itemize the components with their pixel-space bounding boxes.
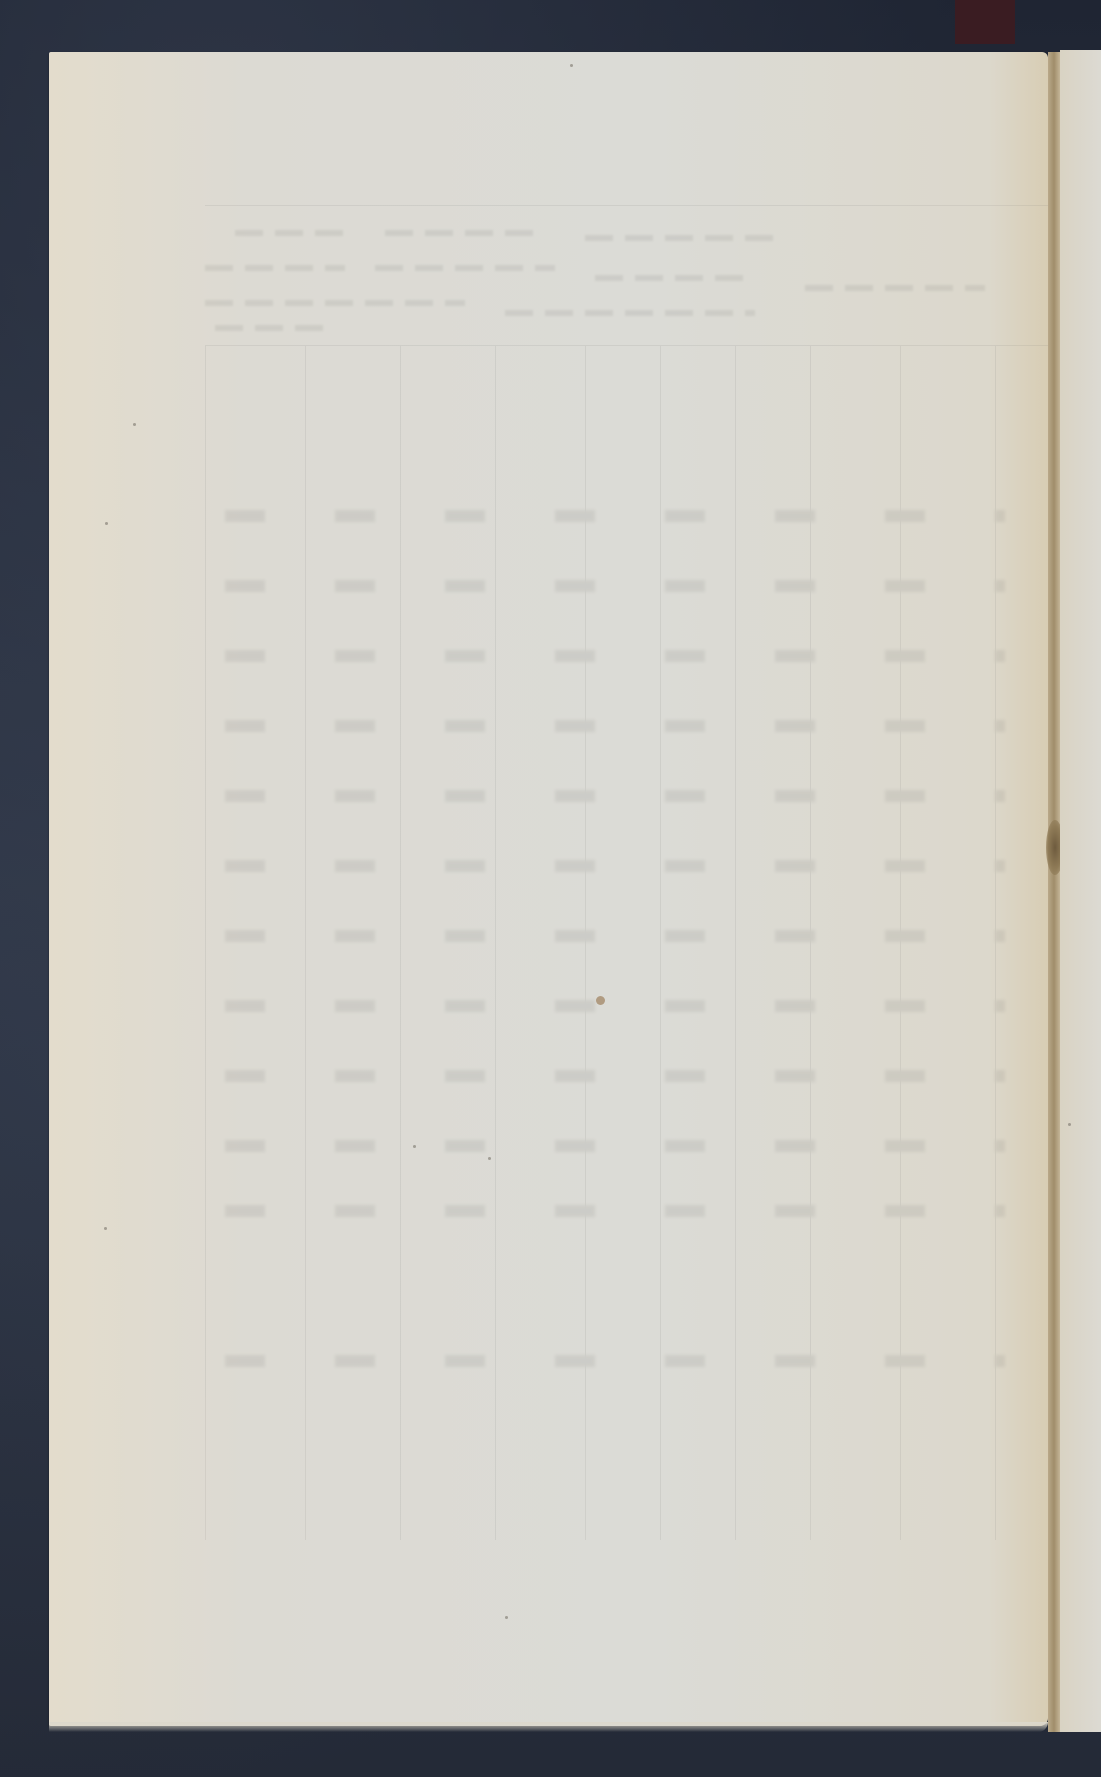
paper-speck bbox=[505, 1616, 508, 1619]
paper-speck bbox=[105, 522, 108, 525]
paper-speck bbox=[413, 1145, 416, 1148]
background-object bbox=[955, 0, 1015, 44]
adjacent-page-edge bbox=[1060, 50, 1101, 1732]
book-gutter bbox=[1048, 52, 1060, 1732]
paper-speck bbox=[488, 1157, 491, 1160]
paper-speck bbox=[570, 64, 573, 67]
paper-speck bbox=[104, 1227, 107, 1230]
paper-speck bbox=[1068, 1123, 1071, 1126]
paper-speck bbox=[133, 423, 136, 426]
paper-stain bbox=[596, 996, 605, 1005]
page-bottom-edge bbox=[49, 1722, 1048, 1732]
bleed-through-table bbox=[205, 205, 1048, 1550]
